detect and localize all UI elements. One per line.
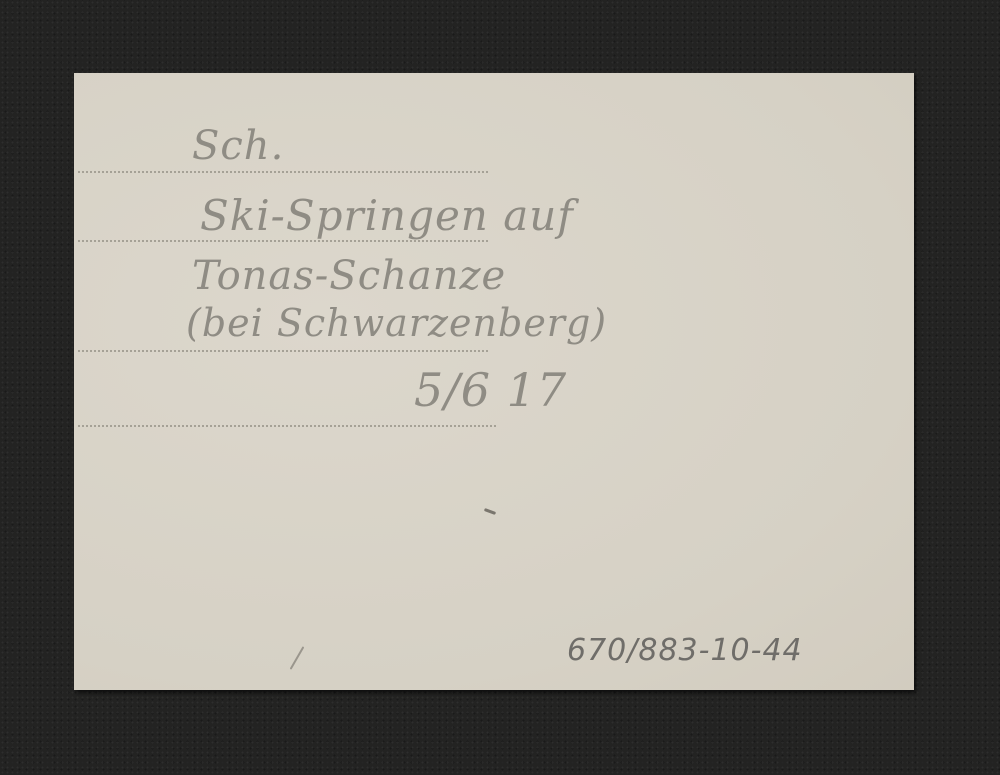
handwriting-date: 5/6 17 [414,363,567,417]
dotted-rule-1 [78,171,488,173]
archival-card: Sch. Ski-Springen auf Tonas-Schanze (bei… [74,73,914,690]
handwriting-line-1: Sch. [192,123,284,169]
archive-number: 670/883-10-44 [567,633,803,668]
stray-mark-1 [484,508,496,515]
handwriting-line-2: Ski-Springen auf [200,191,574,240]
dotted-rule-4 [78,425,496,427]
handwriting-line-3: Tonas-Schanze [192,253,506,299]
handwriting-line-4: (bei Schwarzenberg) [186,301,607,345]
stray-mark-2 [290,646,305,670]
dotted-rule-3 [78,350,488,352]
dotted-rule-2 [78,240,488,242]
